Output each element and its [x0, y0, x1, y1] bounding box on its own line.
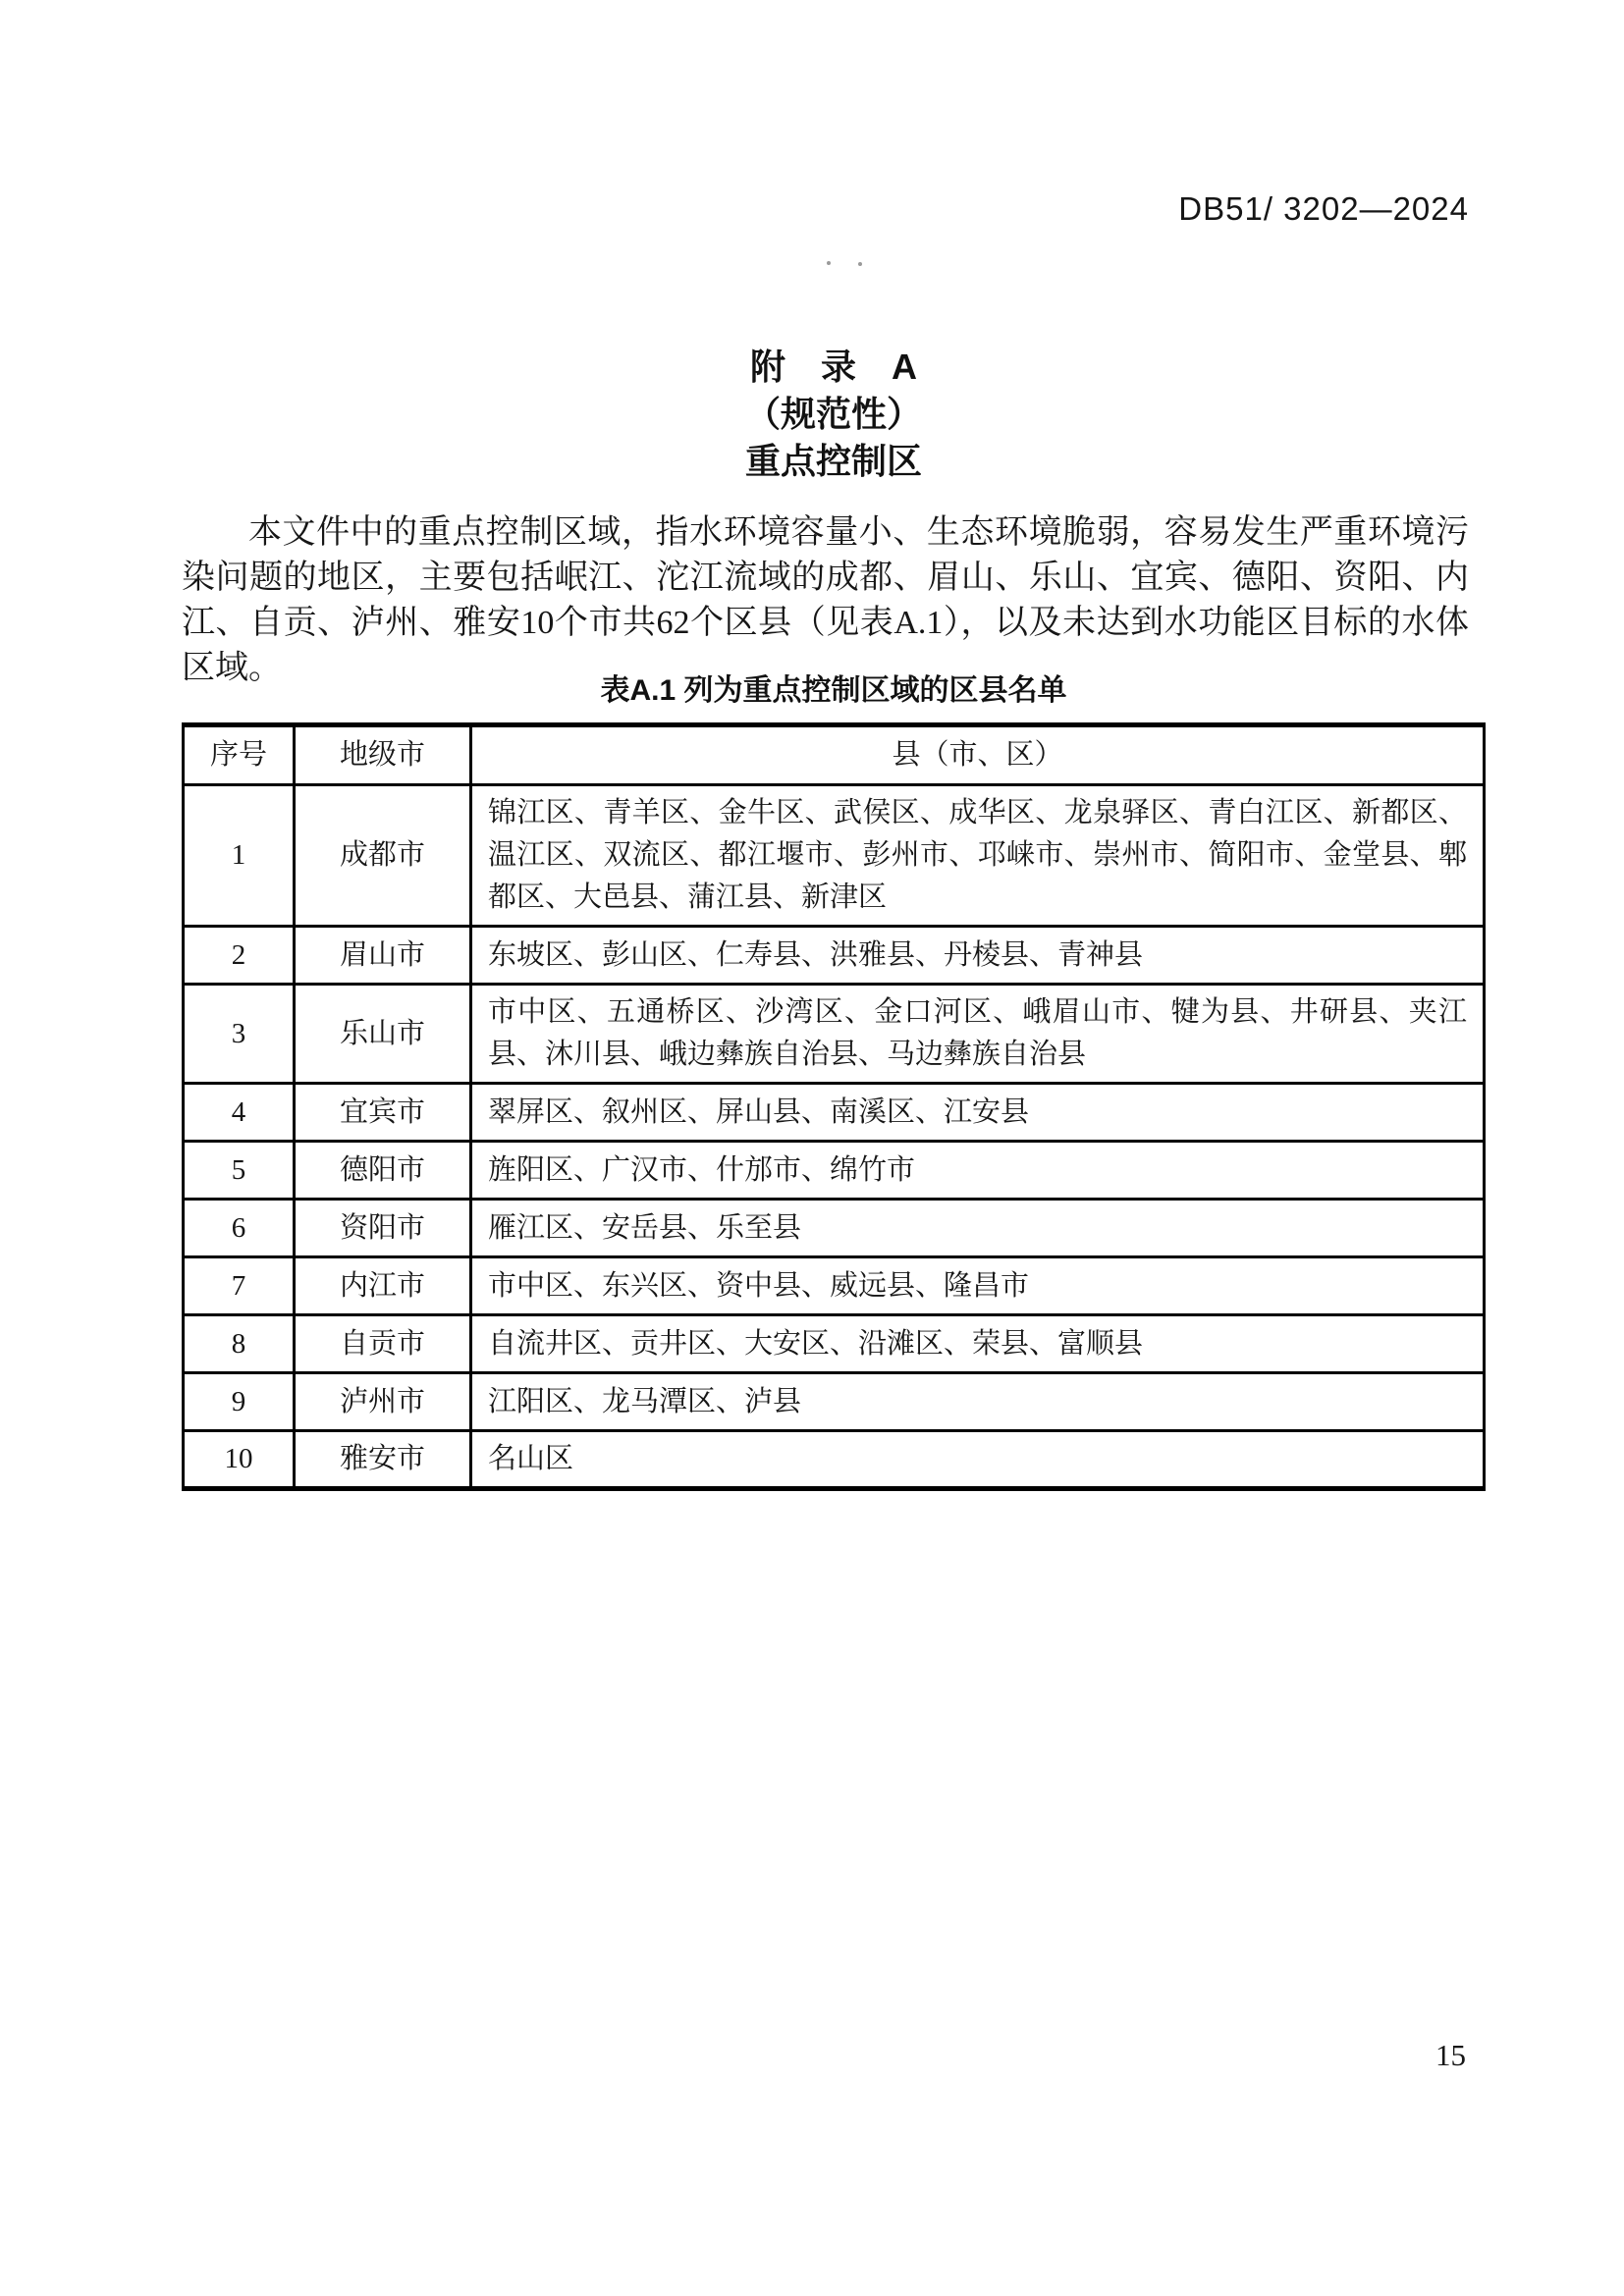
table-row: 8 自贡市 自流井区、贡井区、大安区、沿滩区、荣县、富顺县	[184, 1315, 1485, 1373]
table-row: 5 德阳市 旌阳区、广汉市、什邡市、绵竹市	[184, 1142, 1485, 1200]
appendix-subtitle: （规范性）	[182, 391, 1486, 438]
row-counties: 翠屏区、叙州区、屏山县、南溪区、江安县	[471, 1084, 1485, 1142]
appendix-title: 附 录 A	[182, 344, 1486, 391]
key-control-area-table: 序号 地级市 县（市、区） 1 成都市 锦江区、青羊区、金牛区、武侯区、成华区、…	[182, 722, 1486, 1491]
row-counties: 自流井区、贡井区、大安区、沿滩区、荣县、富顺县	[471, 1315, 1485, 1373]
table-row: 6 资阳市 雁江区、安岳县、乐至县	[184, 1200, 1485, 1257]
row-city: 德阳市	[295, 1142, 471, 1200]
row-city: 眉山市	[295, 927, 471, 985]
row-counties: 旌阳区、广汉市、什邡市、绵竹市	[471, 1142, 1485, 1200]
standard-number: DB51/ 3202—2024	[182, 190, 1469, 228]
row-no: 10	[184, 1431, 295, 1489]
row-counties: 市中区、五通桥区、沙湾区、金口河区、峨眉山市、犍为县、井研县、夹江县、沐川县、峨…	[471, 985, 1485, 1084]
row-no: 8	[184, 1315, 295, 1373]
table-row: 1 成都市 锦江区、青羊区、金牛区、武侯区、成华区、龙泉驿区、青白江区、新都区、…	[184, 785, 1485, 927]
row-city: 成都市	[295, 785, 471, 927]
body-paragraph: 本文件中的重点控制区域，指水环境容量小、生态环境脆弱，容易发生严重环境污染问题的…	[182, 510, 1469, 691]
column-header-counties: 县（市、区）	[471, 725, 1485, 785]
row-city: 雅安市	[295, 1431, 471, 1489]
scan-artifact-dot	[827, 261, 831, 265]
row-counties: 锦江区、青羊区、金牛区、武侯区、成华区、龙泉驿区、青白江区、新都区、温江区、双流…	[471, 785, 1485, 927]
row-no: 4	[184, 1084, 295, 1142]
appendix-title-block: 附 录 A （规范性） 重点控制区	[182, 344, 1486, 485]
row-no: 9	[184, 1373, 295, 1431]
table-row: 4 宜宾市 翠屏区、叙州区、屏山县、南溪区、江安县	[184, 1084, 1485, 1142]
table-row: 7 内江市 市中区、东兴区、资中县、威远县、隆昌市	[184, 1257, 1485, 1315]
appendix-heading: 重点控制区	[182, 438, 1486, 485]
table-header-row: 序号 地级市 县（市、区）	[184, 725, 1485, 785]
row-no: 5	[184, 1142, 295, 1200]
row-counties: 东坡区、彭山区、仁寿县、洪雅县、丹棱县、青神县	[471, 927, 1485, 985]
document-page: DB51/ 3202—2024 附 录 A （规范性） 重点控制区 本文件中的重…	[0, 0, 1624, 2296]
row-city: 乐山市	[295, 985, 471, 1084]
row-city: 泸州市	[295, 1373, 471, 1431]
row-counties: 雁江区、安岳县、乐至县	[471, 1200, 1485, 1257]
page-number: 15	[1435, 2038, 1466, 2073]
row-city: 自贡市	[295, 1315, 471, 1373]
row-no: 7	[184, 1257, 295, 1315]
row-city: 内江市	[295, 1257, 471, 1315]
column-header-city: 地级市	[295, 725, 471, 785]
scan-artifact-dot	[858, 262, 862, 266]
table-caption: 表A.1 列为重点控制区域的区县名单	[182, 666, 1486, 709]
row-counties: 市中区、东兴区、资中县、威远县、隆昌市	[471, 1257, 1485, 1315]
row-city: 宜宾市	[295, 1084, 471, 1142]
table-row: 3 乐山市 市中区、五通桥区、沙湾区、金口河区、峨眉山市、犍为县、井研县、夹江县…	[184, 985, 1485, 1084]
row-counties: 江阳区、龙马潭区、泸县	[471, 1373, 1485, 1431]
table-row: 2 眉山市 东坡区、彭山区、仁寿县、洪雅县、丹棱县、青神县	[184, 927, 1485, 985]
column-header-no: 序号	[184, 725, 295, 785]
row-no: 2	[184, 927, 295, 985]
table-row: 9 泸州市 江阳区、龙马潭区、泸县	[184, 1373, 1485, 1431]
row-no: 1	[184, 785, 295, 927]
row-city: 资阳市	[295, 1200, 471, 1257]
row-no: 3	[184, 985, 295, 1084]
row-counties: 名山区	[471, 1431, 1485, 1489]
table-row: 10 雅安市 名山区	[184, 1431, 1485, 1489]
row-no: 6	[184, 1200, 295, 1257]
